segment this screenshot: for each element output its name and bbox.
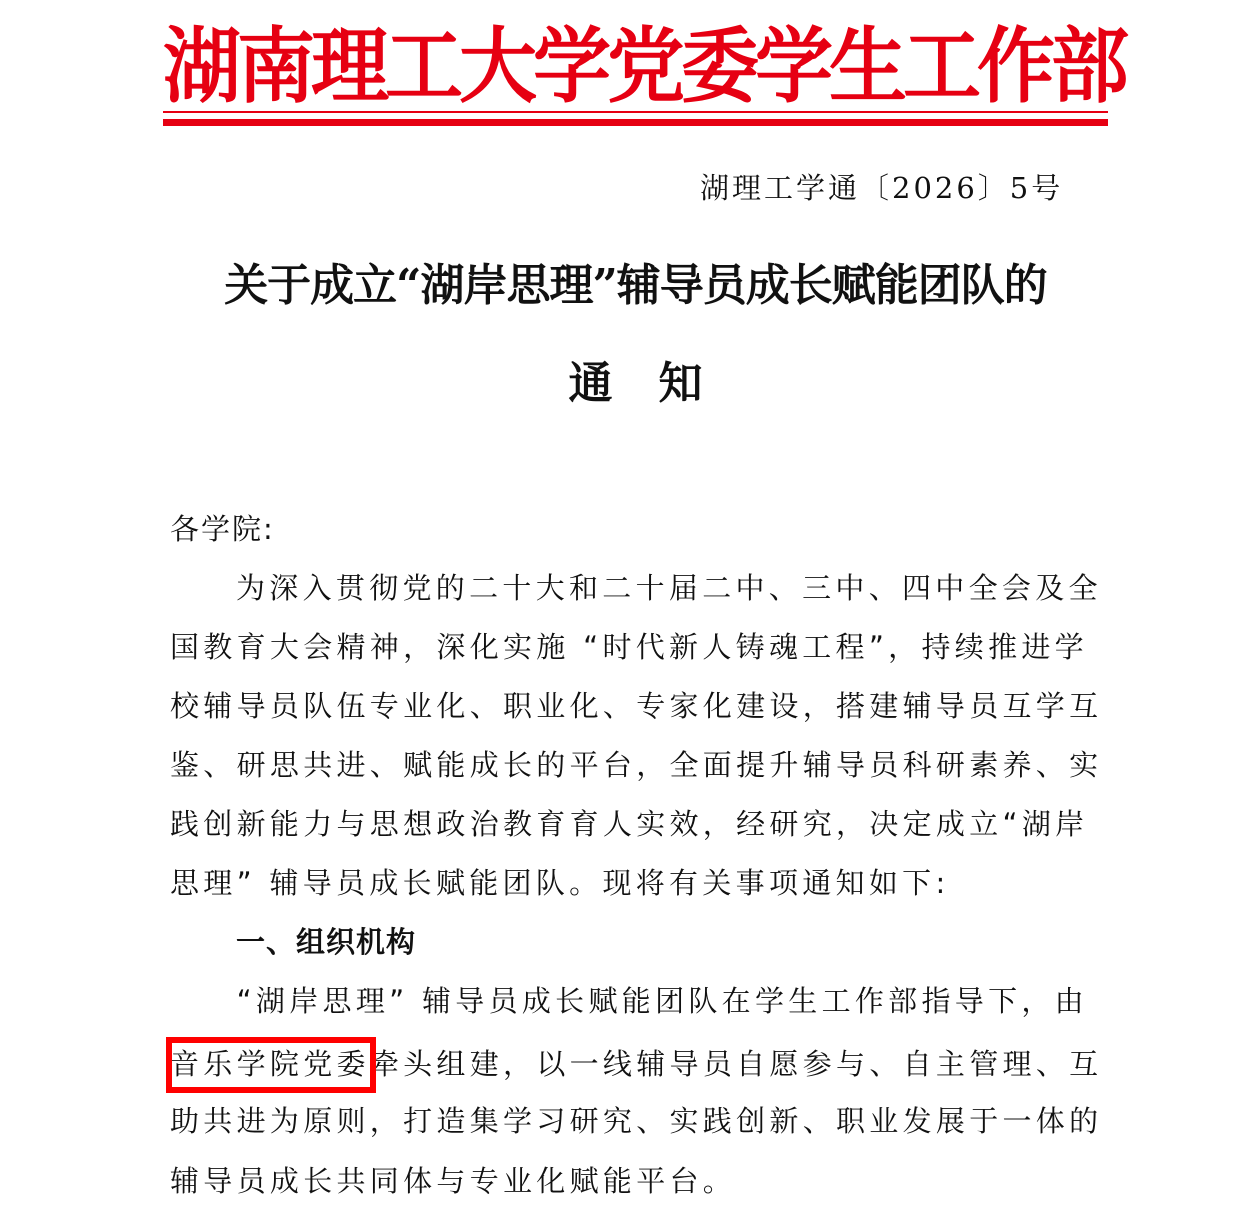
paragraph1-line: 校辅导员队伍专业化、职业化、专家化建设，搭建辅导员互学互 <box>170 677 1102 736</box>
indent <box>170 984 237 1018</box>
highlighted-text: 音乐学院党委 <box>170 1047 370 1081</box>
paragraph1-line: 为深入贯彻党的二十大和二十届二中、三中、四中全会及全 <box>236 559 1102 618</box>
document-title-line1: 关于成立“湖岸思理”辅导员成长赋能团队的 <box>163 256 1108 316</box>
paragraph2-line1-text: “湖岸思理” 辅导员成长赋能团队在学生工作部指导下，由 <box>237 984 1088 1018</box>
paragraph2-line: “湖岸思理” 辅导员成长赋能团队在学生工作部指导下，由 <box>170 972 1088 1031</box>
masthead-rule-thick <box>163 119 1108 126</box>
paragraph1-line: 思理” 辅导员成长赋能团队。现将有关事项通知如下: <box>170 854 950 913</box>
section1-heading: 一、组织机构 <box>236 913 416 972</box>
paragraph2-line: 音乐学院党委牵头组建，以一线辅导员自愿参与、自主管理、互 <box>170 1035 1102 1094</box>
paragraph1-line: 践创新能力与思想政治教育育人实效，经研究，决定成立“湖岸 <box>170 795 1088 854</box>
document-number: 湖理工学通〔2026〕5号 <box>700 168 1063 208</box>
document-title-line2: 通知 <box>163 354 1108 414</box>
salutation: 各学院: <box>170 500 275 559</box>
paragraph1-line: 国教育大会精神，深化实施 “时代新人铸魂工程”，持续推进学 <box>170 618 1088 677</box>
masthead-title: 湖南理工大学党委学生工作部 <box>163 20 1108 115</box>
paragraph2-line2-text: 牵头组建，以一线辅导员自愿参与、自主管理、互 <box>370 1047 1103 1081</box>
paragraph2-line: 辅导员成长共同体与专业化赋能平台。 <box>170 1152 736 1211</box>
paragraph1-line: 鉴、研思共进、赋能成长的平台，全面提升辅导员科研素养、实 <box>170 736 1102 795</box>
paragraph2-line: 助共进为原则，打造集学习研究、实践创新、职业发展于一体的 <box>170 1092 1102 1151</box>
masthead-rule-thin <box>163 111 1108 113</box>
